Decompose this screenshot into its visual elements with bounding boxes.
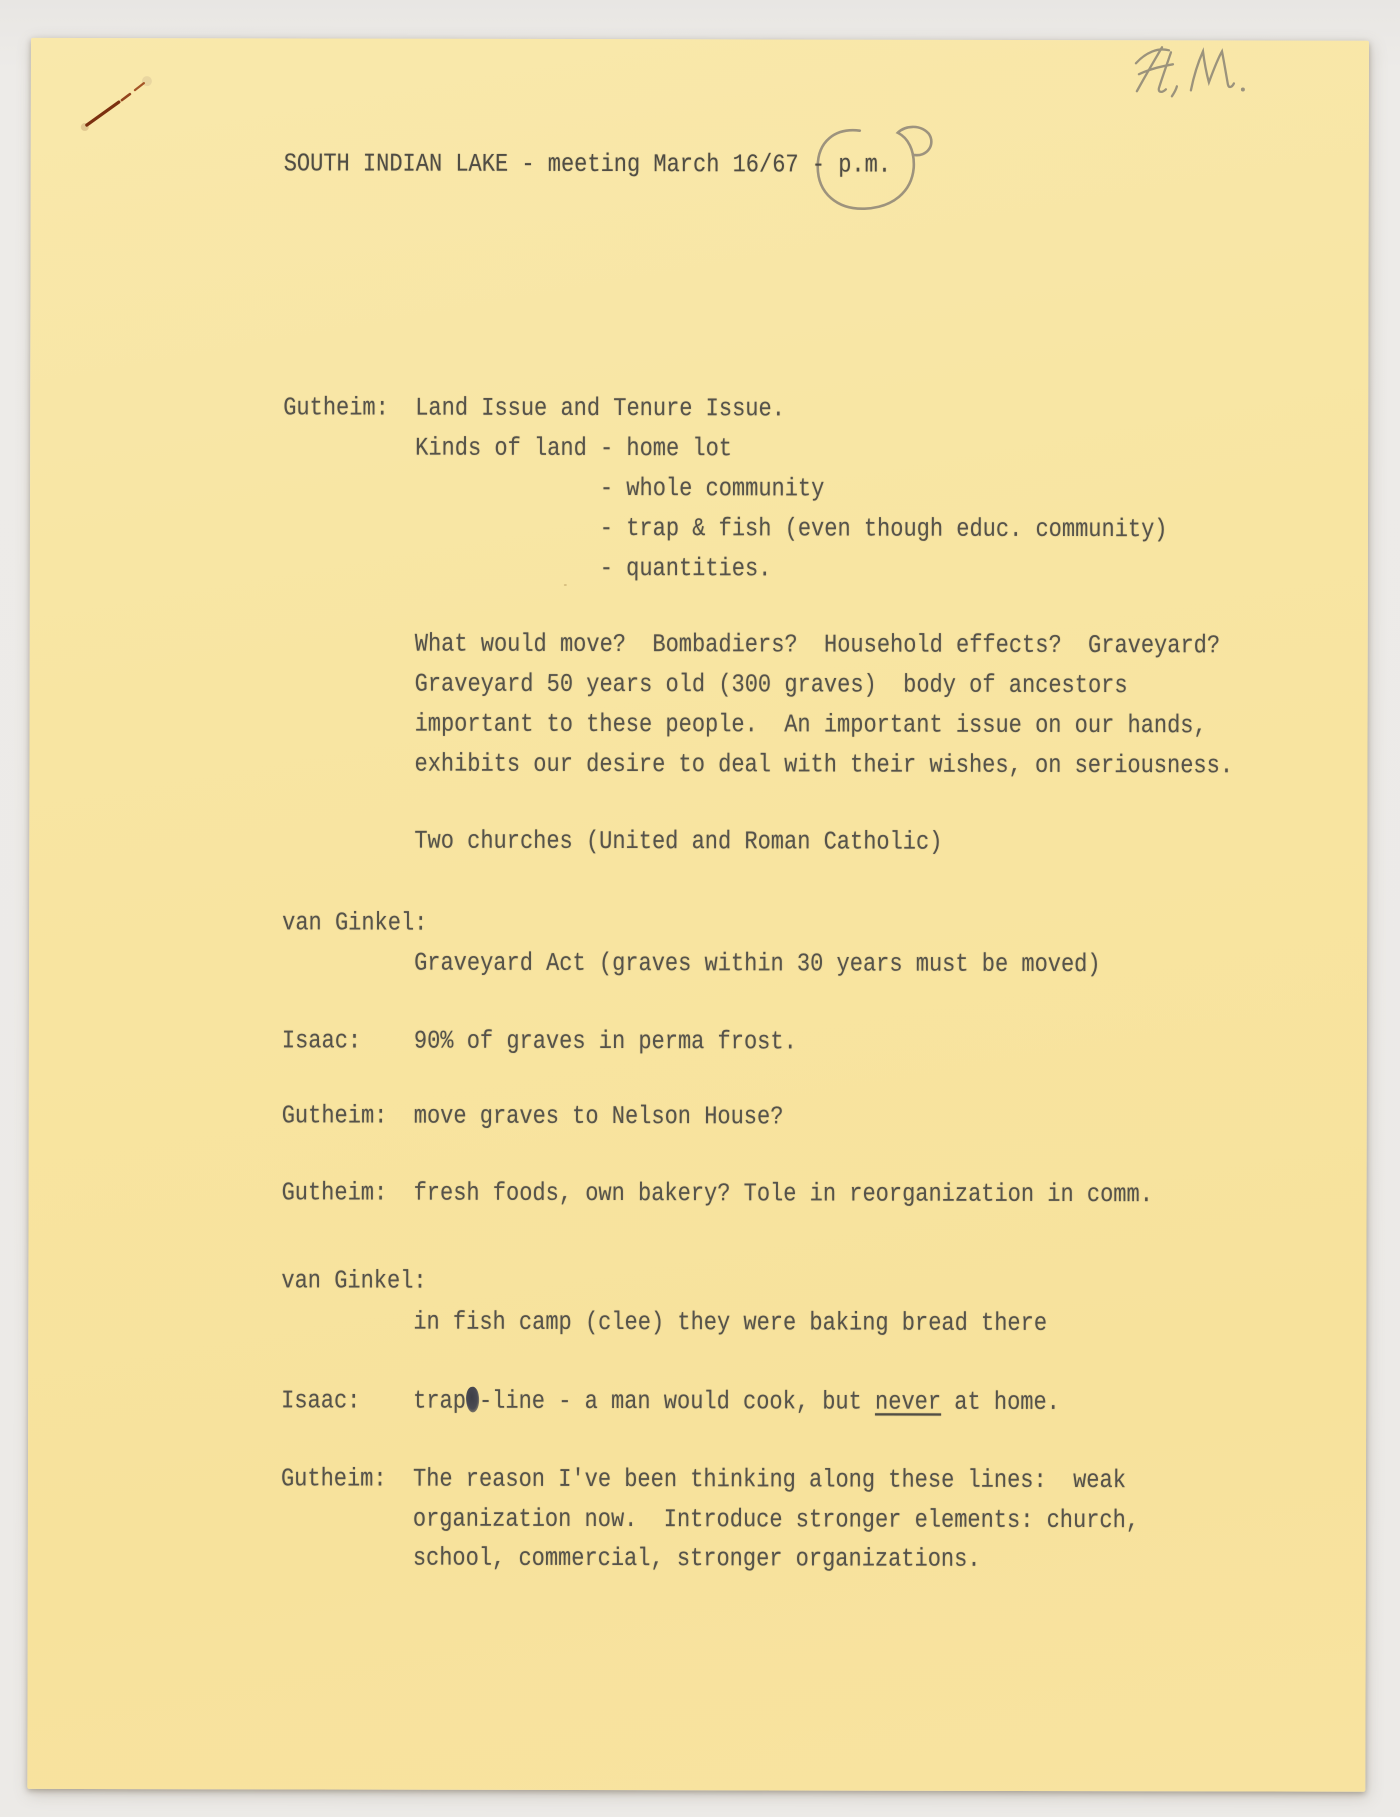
typed-line-organization-now: organization now. Introduce stronger ele… [281,1504,1139,1536]
dust-speck [564,584,567,586]
typed-line-quantities: - quantities. [283,553,772,584]
typed-line-two-churches: Two churches (United and Roman Catholic) [282,826,942,858]
rust-staple-mark [79,74,163,136]
typed-line-graveyard-50-years: Graveyard 50 years old (300 graves) body… [283,669,1128,701]
typed-line-fish-camp: in fish camp (clee) they were baking bre… [281,1307,1047,1339]
typed-line-exhibits-our-desire: exhibits our desire to deal with their w… [282,749,1233,781]
ink-blot [465,1386,480,1413]
trapline-prefix: Isaac: trap [281,1386,466,1415]
document-title: SOUTH INDIAN LAKE - meeting March 16/67 … [284,149,891,180]
typed-line-isaac-trapline: Isaac: trap-line - a man would cook, but… [281,1386,1060,1418]
typed-line-important-to-people: important to these people. An important … [283,709,1207,741]
trapline-suffix: at home. [941,1388,1060,1417]
typed-line-van-ginkel-1: van Ginkel: [282,908,427,938]
typed-line-whole-community: - whole community [283,473,824,504]
typed-line-kinds-of-land: Kinds of land - home lot [283,433,732,464]
paper-sheet: SOUTH INDIAN LAKE - meeting March 16/67 … [27,38,1369,1792]
typed-line-graveyard-act: Graveyard Act (graves within 30 years mu… [282,948,1101,980]
typed-line-isaac-permafrost: Isaac: 90% of graves in perma frost. [282,1026,797,1057]
trapline-middle: -line - a man would cook, but [479,1387,875,1417]
typed-line-van-ginkel-2: van Ginkel: [281,1266,426,1296]
typed-line-gutheim-land-issue: Gutheim: Land Issue and Tenure Issue. [283,393,785,424]
typed-line-school-commercial: school, commercial, stronger organizatio… [281,1543,981,1575]
typed-line-reason-thinking: Gutheim: The reason I've been thinking a… [281,1464,1126,1496]
handwritten-initials-pencil [1131,42,1271,102]
scanned-page: SOUTH INDIAN LAKE - meeting March 16/67 … [0,0,1400,1817]
trapline-underlined-word: never [875,1388,941,1417]
typed-line-what-would-move: What would move? Bombadiers? Household e… [283,629,1220,661]
typed-line-move-graves: Gutheim: move graves to Nelson House? [282,1101,784,1132]
typed-line-fresh-foods: Gutheim: fresh foods, own bakery? Tole i… [282,1178,1153,1210]
typed-line-trap-and-fish: - trap & fish (even though educ. communi… [283,513,1168,545]
